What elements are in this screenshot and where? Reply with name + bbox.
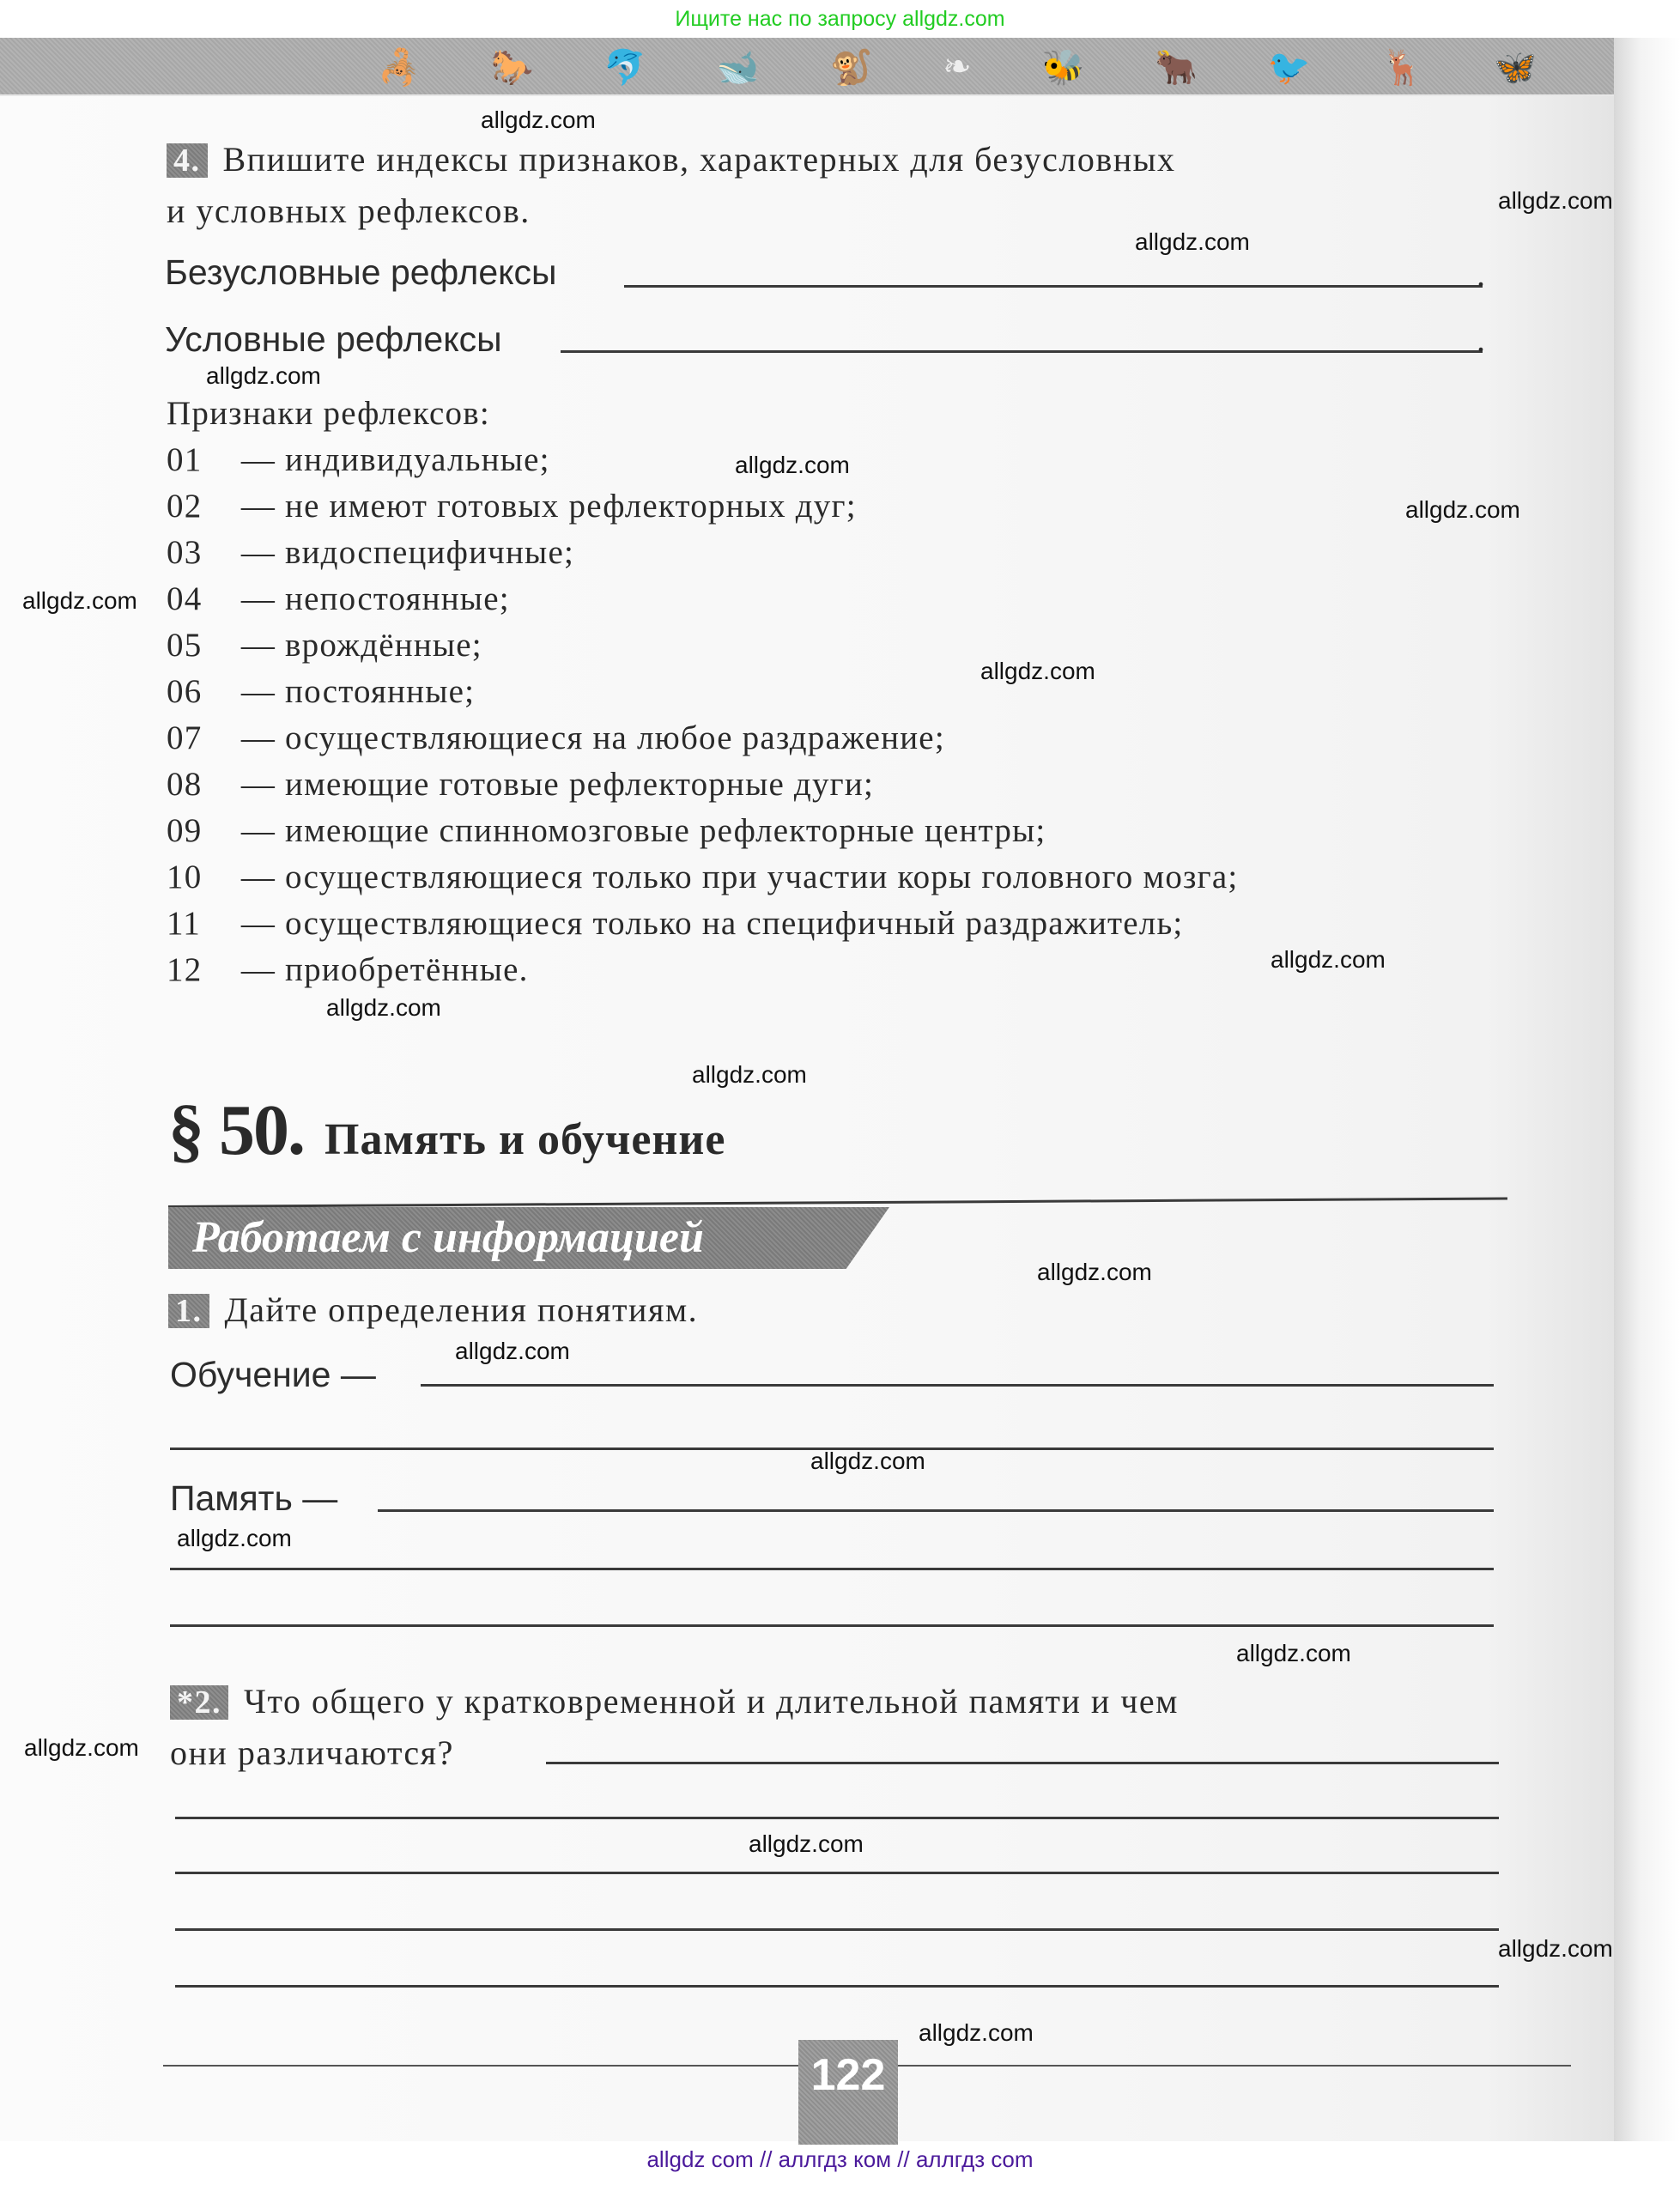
list-item: 09—имеющие спинномозговые рефлекторные ц… bbox=[167, 808, 1238, 854]
list-item: 11—осуществляющиеся только на специфичны… bbox=[167, 901, 1238, 947]
list-item: 12—приобретённые. bbox=[167, 947, 1238, 993]
task4-number-badge: 4. bbox=[167, 143, 208, 178]
search-hint-banner[interactable]: Ищите нас по запросу allgdz.com bbox=[0, 0, 1680, 38]
task2-number-badge: *2. bbox=[170, 1685, 228, 1720]
watermark: allgdz.com bbox=[24, 1734, 139, 1762]
scorpion-icon: 🦂 bbox=[378, 47, 421, 88]
list-item: 08—имеющие готовые рефлекторные дуги; bbox=[167, 762, 1238, 808]
task2-answer-input[interactable] bbox=[546, 1762, 1499, 1764]
learning-definition-input[interactable] bbox=[421, 1384, 1494, 1387]
memory-definition-input-line2[interactable] bbox=[170, 1568, 1494, 1570]
unconditioned-reflexes-label: Безусловные рефлексы bbox=[165, 252, 557, 293]
memory-definition-input[interactable] bbox=[378, 1509, 1494, 1512]
header-animal-silhouettes: 🦂 🐎 🐬 🐋 🐒 ❧ 🐝 🐂 🐦 🦌 🦋 bbox=[378, 41, 1537, 93]
watermark: allgdz.com bbox=[692, 1061, 807, 1089]
task2-answer-input-line2[interactable] bbox=[175, 1817, 1499, 1819]
watermark: allgdz.com bbox=[206, 362, 321, 390]
fly-icon: 🐝 bbox=[1042, 47, 1085, 88]
watermark: allgdz.com bbox=[326, 994, 441, 1022]
list-item: 10—осуществляющиеся только при участии к… bbox=[167, 854, 1238, 901]
watermark: allgdz.com bbox=[455, 1338, 570, 1365]
list-item: 07—осуществляющиеся на любое раздражение… bbox=[167, 715, 1238, 762]
task1-title: 1.Дайте определения понятиям. bbox=[168, 1290, 698, 1330]
watermark: allgdz.com bbox=[1498, 187, 1613, 215]
watermark: allgdz.com bbox=[735, 452, 850, 479]
watermark: allgdz.com bbox=[1271, 946, 1386, 974]
watermark: allgdz.com bbox=[749, 1830, 864, 1858]
conditioned-reflexes-label: Условные рефлексы bbox=[165, 319, 502, 360]
watermark: allgdz.com bbox=[1236, 1640, 1351, 1667]
unconditioned-reflexes-input[interactable] bbox=[624, 285, 1483, 288]
period: . bbox=[1477, 254, 1485, 294]
list-item: 01—индивидуальные; bbox=[167, 437, 1238, 483]
butterfly-icon: 🦋 bbox=[1494, 47, 1537, 88]
bull-icon: 🐂 bbox=[1155, 47, 1198, 88]
task1-number-badge: 1. bbox=[168, 1294, 209, 1328]
watermark: allgdz.com bbox=[1498, 1935, 1613, 1963]
watermark: allgdz.com bbox=[481, 106, 596, 134]
watermark: allgdz.com bbox=[980, 658, 1095, 685]
footer-watermark[interactable]: allgdz com // аллгдз ком // аллгдз com bbox=[0, 2146, 1680, 2173]
task4-title-line2: и условных рефлексов. bbox=[167, 191, 531, 231]
list-item: 04—непостоянные; bbox=[167, 576, 1238, 622]
section-heading: § 50.Память и обучение bbox=[168, 1089, 725, 1172]
list-heading: Признаки рефлексов: bbox=[167, 391, 1238, 437]
watermark: allgdz.com bbox=[1135, 228, 1250, 256]
watermark: allgdz.com bbox=[919, 2019, 1034, 2047]
monkey-icon: 🐒 bbox=[830, 47, 873, 88]
seahorse-icon: ❧ bbox=[943, 47, 972, 87]
task2-answer-input-line5[interactable] bbox=[175, 1985, 1499, 1988]
horse-icon: 🐎 bbox=[491, 47, 534, 88]
watermark: allgdz.com bbox=[810, 1448, 925, 1475]
reflex-features-list: Признаки рефлексов: 01—индивидуальные; 0… bbox=[167, 391, 1238, 993]
watermark: allgdz.com bbox=[1037, 1259, 1152, 1286]
working-with-info-banner: Работаем с информацией bbox=[168, 1207, 889, 1269]
watermark: allgdz.com bbox=[22, 587, 137, 615]
section-number: § 50. bbox=[168, 1090, 304, 1170]
list-item: 02—не имеют готовых рефлекторных дуг; bbox=[167, 483, 1238, 530]
task2-answer-input-line4[interactable] bbox=[175, 1928, 1499, 1931]
task2-answer-input-line3[interactable] bbox=[175, 1872, 1499, 1874]
task4-title: 4.Впишите индексы признаков, характерных… bbox=[167, 139, 1176, 179]
ostrich-icon: 🐦 bbox=[1268, 47, 1311, 88]
watermark: allgdz.com bbox=[1405, 496, 1520, 524]
task2-title-line2: они различаются? bbox=[170, 1733, 454, 1773]
whale-icon: 🐋 bbox=[717, 47, 760, 88]
dolphin-icon: 🐬 bbox=[603, 47, 646, 88]
memory-definition-input-line3[interactable] bbox=[170, 1624, 1494, 1627]
list-item: 03—видоспецифичные; bbox=[167, 530, 1238, 576]
memory-label: Память — bbox=[170, 1478, 337, 1519]
period: . bbox=[1477, 319, 1485, 360]
deer-icon: 🦌 bbox=[1380, 47, 1423, 88]
page-number: 122 bbox=[798, 2040, 898, 2145]
conditioned-reflexes-input[interactable] bbox=[561, 350, 1483, 353]
learning-label: Обучение — bbox=[170, 1355, 376, 1395]
task2-title: *2.Что общего у кратковременной и длител… bbox=[170, 1681, 1179, 1721]
page-binding-edge bbox=[1614, 38, 1680, 2141]
section-title: Память и обучение bbox=[324, 1115, 725, 1164]
watermark: allgdz.com bbox=[177, 1525, 292, 1552]
